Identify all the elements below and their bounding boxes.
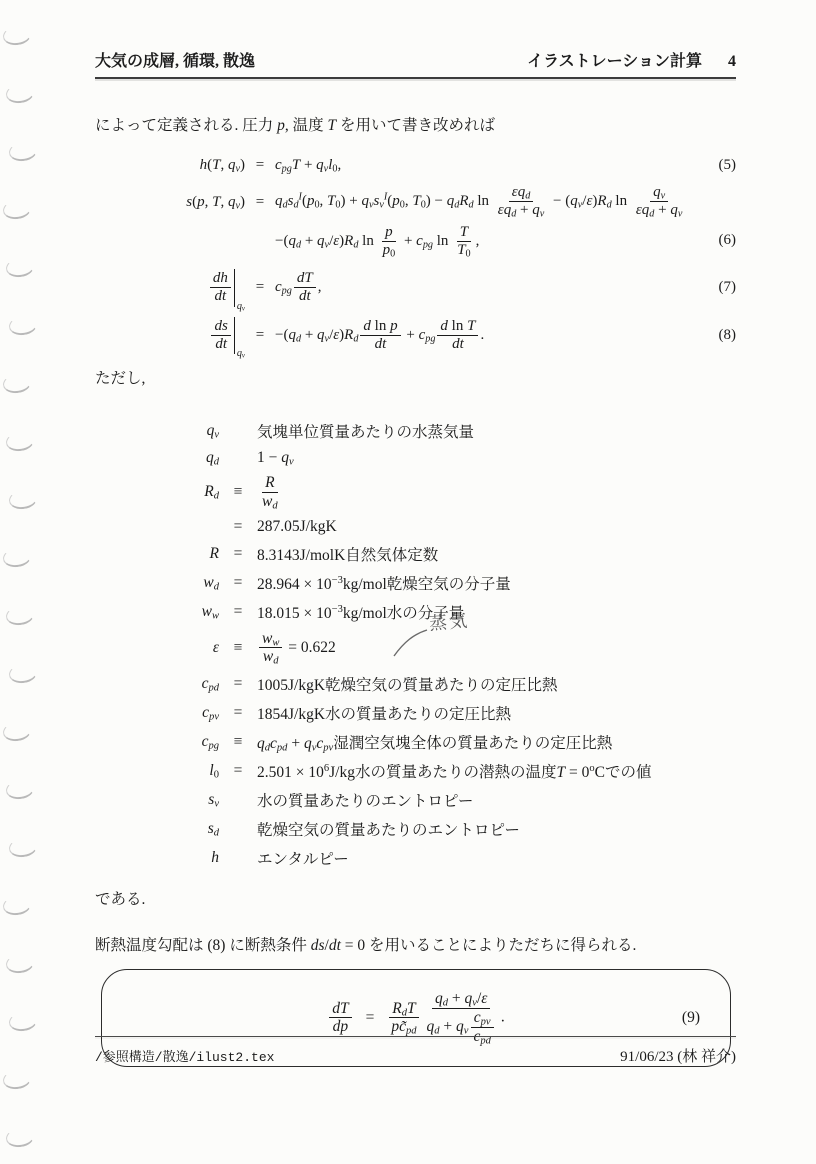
definition-symbol: qv — [171, 422, 219, 440]
binding-ring-mark — [5, 1126, 35, 1149]
binding-ring-mark — [5, 82, 35, 105]
eq8-number: (8) — [692, 327, 736, 344]
definition-row: sd乾燥空気の質量あたりのエントロピー — [171, 818, 736, 840]
definition-symbol: l0 — [171, 762, 219, 780]
definition-value: 18.015 × 10−3kg/mol水の分子量 — [257, 601, 736, 623]
definition-symbol: sv — [171, 791, 219, 809]
definition-relation: ≡ — [219, 639, 257, 657]
eq6-relation: = — [245, 184, 275, 211]
eq9-number: (9) — [682, 1009, 700, 1027]
scanned-page: 大気の成層, 循環, 散逸 イラストレーション計算 4 によって定義される. 圧… — [0, 0, 816, 1164]
definition-relation: ≡ — [219, 483, 257, 501]
definition-row: cpg≡qdcpd + qvcpv湿潤空気塊全体の質量あたりの定圧比熱 — [171, 731, 736, 753]
eq8-rhs: −(qd + qv/ε)Rdd ln pdt + cpgd ln Tdt. — [275, 318, 692, 354]
equation-6: s(p, T, qv) = qdsdI(p0, T0) + qvsvI(p0, … — [95, 184, 736, 259]
definition-symbol: Rd — [171, 483, 219, 501]
eq6-number: (6) — [692, 232, 736, 259]
binding-marks — [0, 0, 40, 1164]
definition-value: wwwd = 0.622 — [257, 630, 736, 667]
footer-rule — [95, 1036, 736, 1037]
definition-symbol: h — [171, 849, 219, 867]
definition-relation: ≡ — [219, 733, 257, 751]
footer-file-path: /参照構造/散逸/ilust2.tex — [95, 1046, 274, 1065]
definition-symbol: cpd — [171, 675, 219, 693]
binding-ring-mark — [8, 836, 38, 859]
eq7-number: (7) — [692, 279, 736, 296]
definition-row: =287.05J/kgK — [171, 518, 736, 536]
intro-text: によって定義される. 圧力 p, 温度 T を用いて書き改めれば — [95, 113, 736, 135]
definition-value: 気塊単位質量あたりの水蒸気量 — [257, 420, 736, 442]
definition-relation: = — [219, 704, 257, 722]
binding-ring-mark — [8, 314, 38, 337]
definition-symbol: R — [171, 545, 219, 563]
definition-row: cpd=1005J/kgK乾燥空気の質量あたりの定圧比熱 — [171, 673, 736, 695]
eq8-lhs: dsdtqv — [95, 317, 245, 355]
equation-5: h(T, qv) = cpgT + qvl0, (5) — [95, 157, 736, 174]
definition-symbol: wd — [171, 574, 219, 592]
definition-value: qdcpd + qvcpv湿潤空気塊全体の質量あたりの定圧比熱 — [257, 731, 736, 753]
footer-date-author: 91/06/23 (林 祥介) — [620, 1045, 736, 1066]
definition-row: qd1 − qv — [171, 449, 736, 467]
definition-value: 287.05J/kgK — [257, 518, 736, 536]
definition-row: Rd≡Rwd — [171, 474, 736, 511]
definition-row: ε≡wwwd = 0.622 — [171, 630, 736, 667]
page-footer: /参照構造/散逸/ilust2.tex 91/06/23 (林 祥介) — [95, 1036, 736, 1066]
eq7-relation: = — [245, 279, 275, 296]
eq6-rhs: qdsdI(p0, T0) + qvsvI(p0, T0) − qdRd ln … — [275, 184, 692, 259]
definition-relation: = — [219, 603, 257, 621]
equation-7: dhdtqv = cpgdTdt, (7) — [95, 269, 736, 307]
definitions-list: qv気塊単位質量あたりの水蒸気量 qd1 − qv Rd≡Rwd =287.05… — [171, 420, 736, 869]
binding-ring-mark — [2, 198, 32, 221]
equation-8: dsdtqv = −(qd + qv/ε)Rdd ln pdt + cpgd l… — [95, 317, 736, 355]
footer-row: /参照構造/散逸/ilust2.tex 91/06/23 (林 祥介) — [95, 1045, 736, 1066]
definition-row: sv水の質量あたりのエントロピー — [171, 789, 736, 811]
definition-value: 1 − qv — [257, 449, 736, 467]
header-right-title: イラストレーション計算 — [527, 48, 702, 71]
eq6-rhs-line1: qdsdI(p0, T0) + qvsvI(p0, T0) − qdRd ln … — [275, 184, 692, 220]
eq6-lhs: s(p, T, qv) — [95, 184, 245, 211]
definition-value: 乾燥空気の質量あたりのエントロピー — [257, 818, 736, 840]
eq7-lhs: dhdtqv — [95, 269, 245, 307]
eq9-lhs: dTdp — [327, 1000, 353, 1037]
binding-ring-mark — [8, 662, 38, 685]
binding-ring-mark — [2, 1068, 32, 1091]
eq5-lhs: h(T, qv) — [95, 157, 245, 174]
binding-ring-mark — [2, 24, 32, 47]
header-right: イラストレーション計算 4 — [527, 48, 736, 71]
binding-ring-mark — [2, 372, 32, 395]
definition-row: cpv=1854J/kgK水の質量あたりの定圧比熱 — [171, 702, 736, 724]
page-number: 4 — [728, 53, 736, 71]
definition-symbol: qd — [171, 449, 219, 467]
definition-value: Rwd — [257, 474, 736, 511]
binding-ring-mark — [2, 894, 32, 917]
definition-value: 28.964 × 10−3kg/mol乾燥空気の分子量 — [257, 572, 736, 594]
header-left-title: 大気の成層, 循環, 散逸 — [95, 48, 255, 71]
binding-ring-mark — [2, 546, 32, 569]
definition-value: 8.3143J/molK自然気体定数 — [257, 543, 736, 565]
binding-ring-mark — [5, 604, 35, 627]
definition-value: 水の質量あたりのエントロピー — [257, 789, 736, 811]
binding-ring-mark — [5, 952, 35, 975]
definition-value: 1854J/kgK水の質量あたりの定圧比熱 — [257, 702, 736, 724]
definition-value: エンタルピー — [257, 847, 736, 869]
dearu-text: である. — [95, 887, 736, 909]
definition-symbol: ε — [171, 639, 219, 657]
definition-row: hエンタルピー — [171, 847, 736, 869]
binding-ring-mark — [8, 1010, 38, 1033]
binding-ring-mark — [5, 430, 35, 453]
definition-relation: = — [219, 675, 257, 693]
definition-row: l0=2.501 × 106J/kg水の質量あたりの潜熱の温度T = 0oCでの… — [171, 760, 736, 782]
binding-ring-mark — [5, 256, 35, 279]
eq7-rhs: cpgdTdt, — [275, 270, 692, 306]
tadashi-text: ただし, — [95, 366, 736, 388]
eq9-relation: = — [366, 1009, 375, 1027]
handwritten-annotation: 蒸気 — [428, 606, 470, 635]
definition-symbol: sd — [171, 820, 219, 838]
definition-symbol: cpg — [171, 733, 219, 751]
definition-relation: = — [219, 518, 257, 536]
eq5-rhs: cpgT + qvl0, — [275, 157, 692, 174]
definition-row: qv気塊単位質量あたりの水蒸気量 — [171, 420, 736, 442]
page-header: 大気の成層, 循環, 散逸 イラストレーション計算 4 — [95, 48, 736, 71]
binding-ring-mark — [2, 720, 32, 743]
eq5-number: (5) — [692, 157, 736, 174]
binding-ring-mark — [5, 778, 35, 801]
definition-value: 1005J/kgK乾燥空気の質量あたりの定圧比熱 — [257, 673, 736, 695]
adiabatic-paragraph: 断熱温度勾配は (8) に断熱条件 ds/dt = 0 を用いることによりただち… — [95, 933, 736, 955]
page-content: 大気の成層, 循環, 散逸 イラストレーション計算 4 によって定義される. 圧… — [95, 0, 736, 1067]
binding-ring-mark — [8, 488, 38, 511]
equation-block: h(T, qv) = cpgT + qvl0, (5) s(p, T, qv) … — [95, 157, 736, 354]
eq5-relation: = — [245, 157, 275, 174]
definition-row: wd=28.964 × 10−3kg/mol乾燥空気の分子量 — [171, 572, 736, 594]
header-rule — [95, 77, 736, 79]
binding-ring-mark — [8, 140, 38, 163]
definition-value: 2.501 × 106J/kg水の質量あたりの潜熱の温度T = 0oCでの値 — [257, 760, 736, 782]
definition-row: R=8.3143J/molK自然気体定数 — [171, 543, 736, 565]
eq8-relation: = — [245, 327, 275, 344]
definition-symbol: cpv — [171, 704, 219, 722]
definition-relation: = — [219, 545, 257, 563]
eq6-rhs-line2: −(qd + qv/ε)Rd ln pp0 + cpg ln TT0, — [275, 224, 692, 260]
definition-relation: = — [219, 574, 257, 592]
definition-symbol: ww — [171, 603, 219, 621]
definition-relation: = — [219, 762, 257, 780]
